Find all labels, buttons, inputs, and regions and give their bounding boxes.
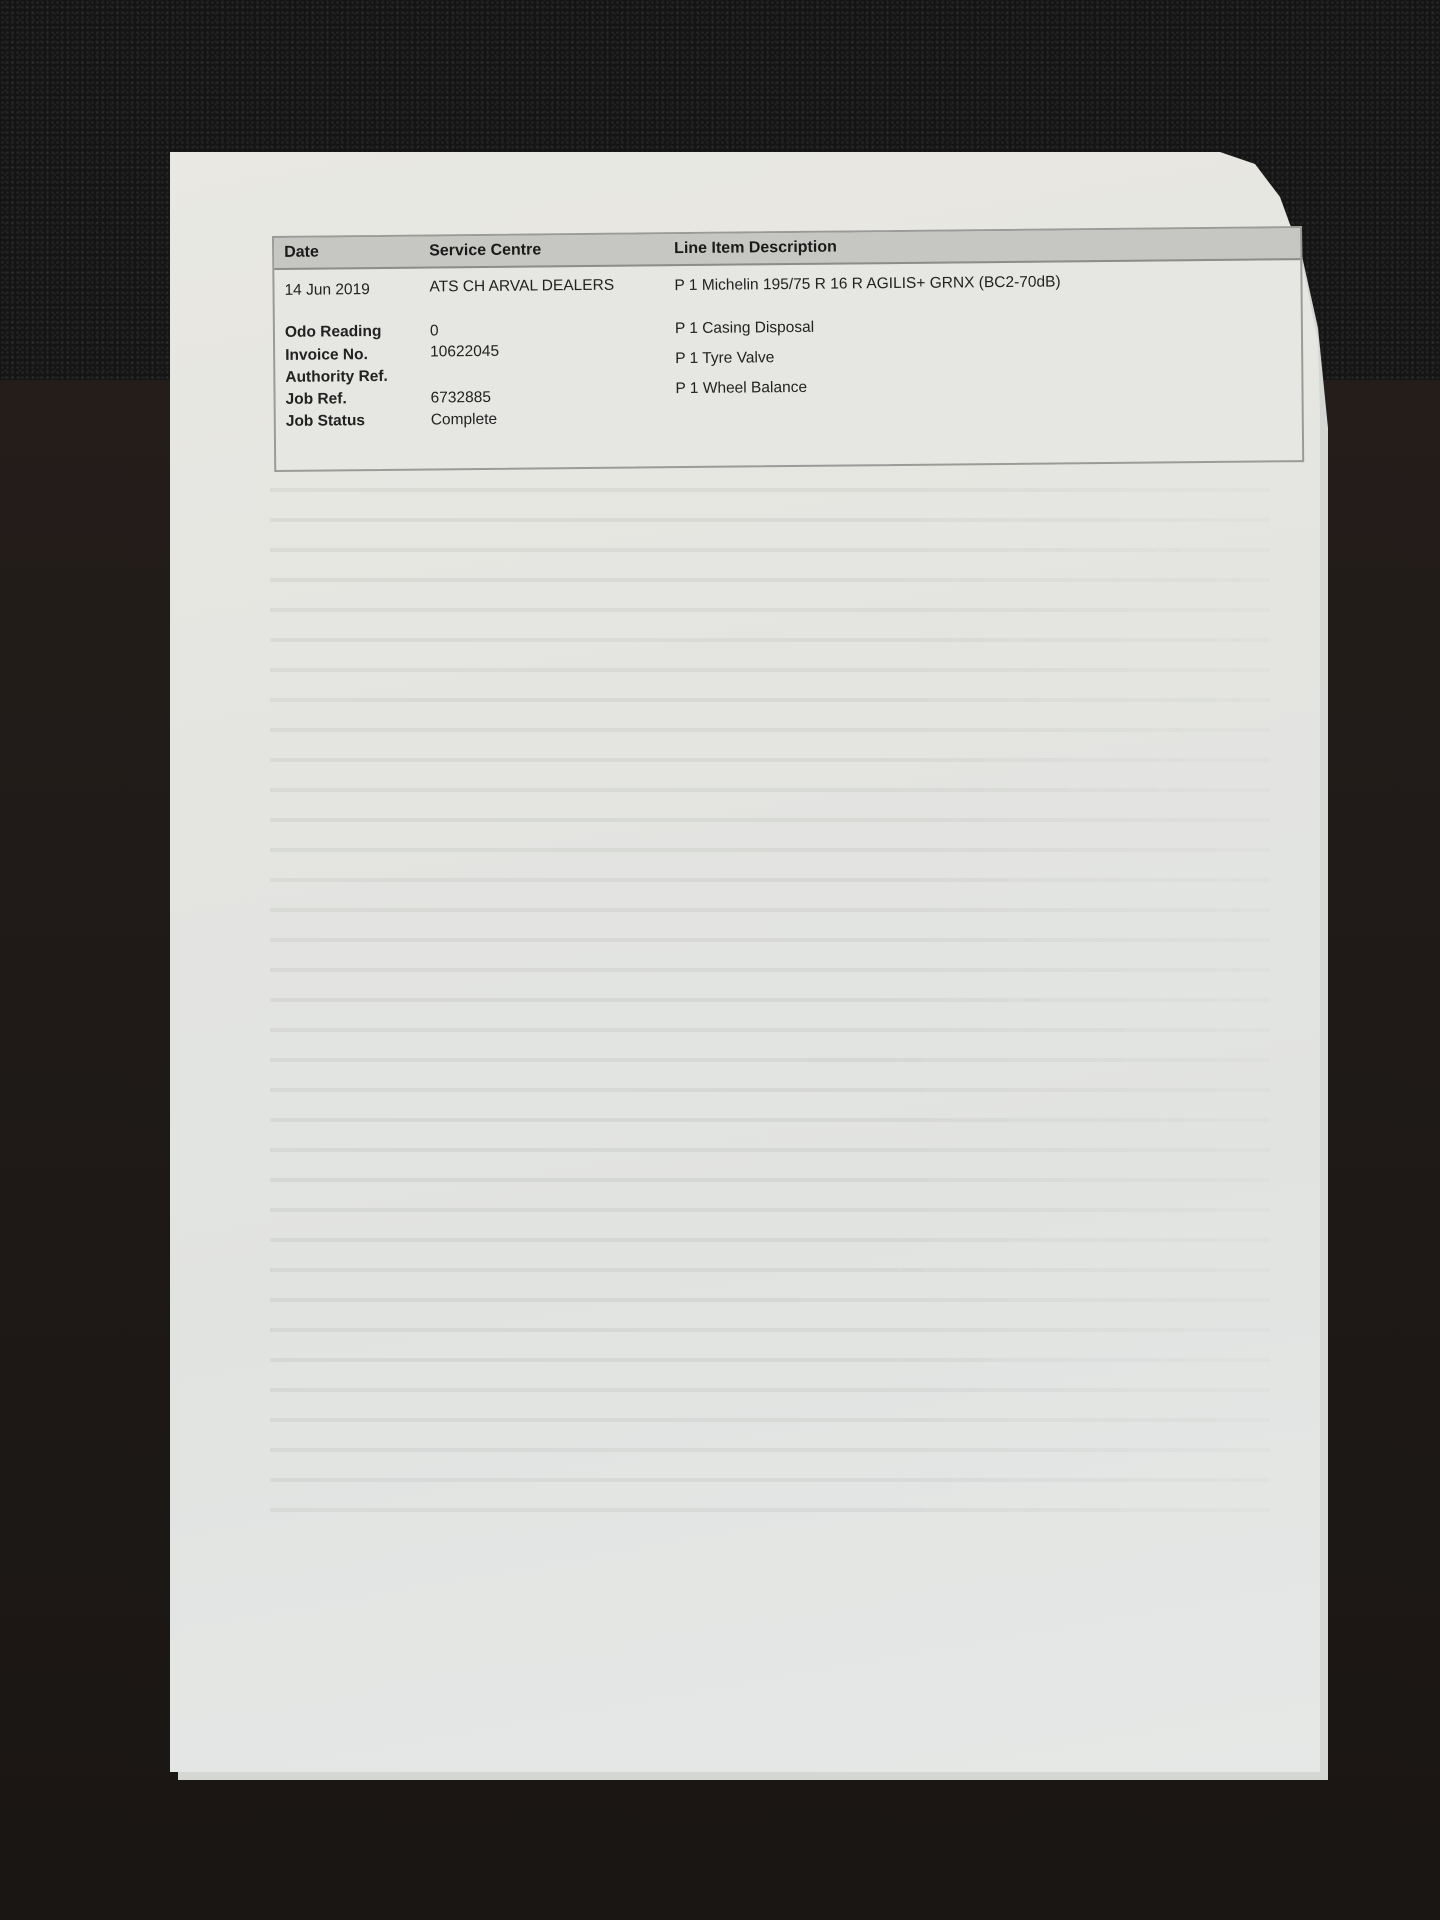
value-job-status: Complete [431,411,498,430]
label-authority-ref: Authority Ref. [285,368,388,387]
line-item-tyre-valve: P 1 Tyre Valve [675,349,774,368]
label-odo-reading: Odo Reading [285,323,382,342]
value-invoice-no: 10622045 [430,343,499,362]
label-invoice-no: Invoice No. [285,346,368,365]
label-job-ref: Job Ref. [285,390,346,409]
value-odo-reading: 0 [430,322,439,340]
service-record-table: Date Service Centre Line Item Descriptio… [272,226,1304,472]
header-service-centre: Service Centre [429,241,541,260]
table-header: Date Service Centre Line Item Descriptio… [274,228,1300,270]
line-item-casing-disposal: P 1 Casing Disposal [675,319,814,338]
header-date: Date [284,244,319,262]
value-job-ref: 6732885 [430,389,491,408]
label-job-status: Job Status [286,412,365,431]
line-item-wheel-balance: P 1 Wheel Balance [675,379,807,398]
header-line-item-description: Line Item Description [674,239,837,259]
record-date: 14 Jun 2019 [284,281,369,300]
reverse-side-show-through [270,470,1270,1520]
record-service-centre: ATS CH ARVAL DEALERS [429,277,614,297]
line-item-tyre: P 1 Michelin 195/75 R 16 R AGILIS+ GRNX … [674,272,1094,295]
